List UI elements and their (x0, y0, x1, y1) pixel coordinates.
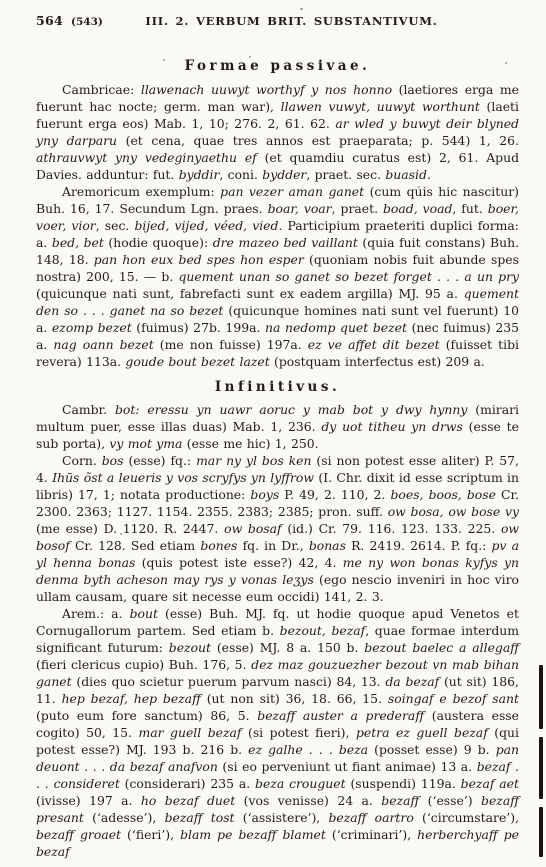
paragraph-aremoricum: Aremoricum exemplum: pan vezer aman gane… (36, 183, 519, 370)
scan-artifact-line (539, 807, 543, 857)
scan-speck (300, 8, 303, 10)
scan-speck (418, 186, 420, 188)
paragraph-corn-bos: Corn. bos (esse) fq.: mar ny yl bos ken … (36, 452, 519, 605)
scan-artifact-line (539, 665, 543, 729)
scan-speck (163, 59, 165, 61)
paragraph-cambricae: Cambricae: llawenach uuwyt worthyf y nos… (36, 81, 519, 183)
paragraph-arem-bout: Arem.: a. bout (esse) Buh. MJ. fq. ut ho… (36, 605, 519, 860)
page-content: 564(543) III. 2. VERBUM BRIT. SUBSTANTIV… (0, 0, 546, 860)
scan-speck (505, 62, 507, 64)
scan-speck (249, 56, 251, 58)
book-page-scan: 564(543) III. 2. VERBUM BRIT. SUBSTANTIV… (0, 0, 546, 867)
scan-speck (120, 533, 122, 535)
running-title: III. 2. VERBUM BRIT. SUBSTANTIVUM. (50, 14, 533, 28)
page-header: 564(543) III. 2. VERBUM BRIT. SUBSTANTIV… (36, 13, 519, 31)
section-heading-infinitivus: Infinitivus. (36, 379, 519, 395)
section-heading-formae-passivae: Formae passivae. (36, 58, 519, 74)
paragraph-cambr-bot: Cambr. bot: eressu yn uawr aoruc y mab b… (36, 401, 519, 452)
section-formae-passivae: Formae passivae. Cambricae: llawenach uu… (36, 58, 519, 370)
section-infinitivus: Infinitivus. Cambr. bot: eressu yn uawr … (36, 379, 519, 860)
scan-artifact-line (539, 737, 543, 799)
